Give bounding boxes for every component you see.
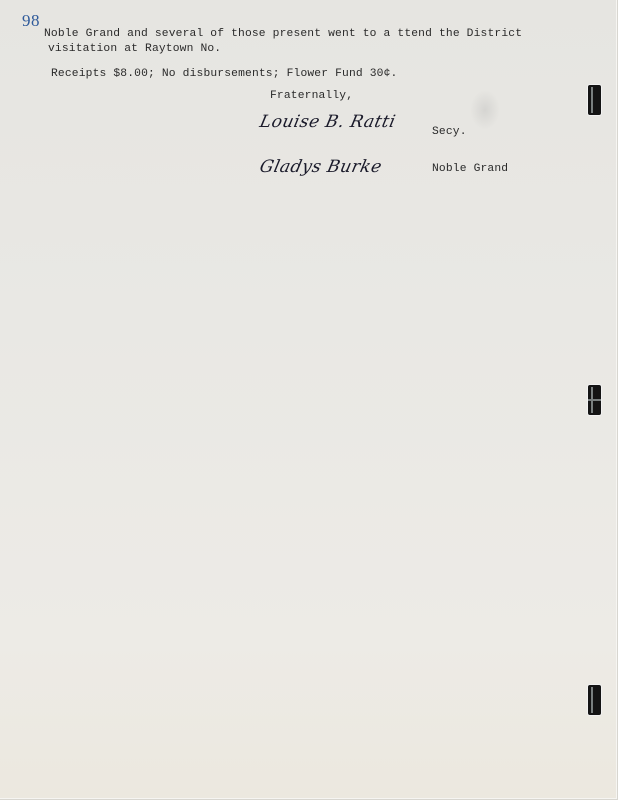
binder-hole-icon [587, 384, 602, 416]
binder-hole-icon [587, 684, 602, 716]
body-line-2: visitation at Raytown No. [48, 43, 221, 55]
page-number: 98 [22, 11, 40, 31]
secretary-title: Secy. [432, 126, 467, 138]
noble-grand-signature: Gladys Burke [258, 157, 384, 177]
document-page: 98 Noble Grand and several of those pres… [0, 0, 617, 799]
secretary-signature: Louise B. Ratti [258, 112, 398, 132]
closing-salutation: Fraternally, [270, 90, 353, 102]
noble-grand-title: Noble Grand [432, 163, 508, 175]
body-line-1: Noble Grand and several of those present… [44, 28, 522, 40]
receipts-line: Receipts $8.00; No disbursements; Flower… [51, 68, 397, 80]
binder-hole-icon [587, 84, 602, 116]
paper-smudge [470, 90, 500, 130]
